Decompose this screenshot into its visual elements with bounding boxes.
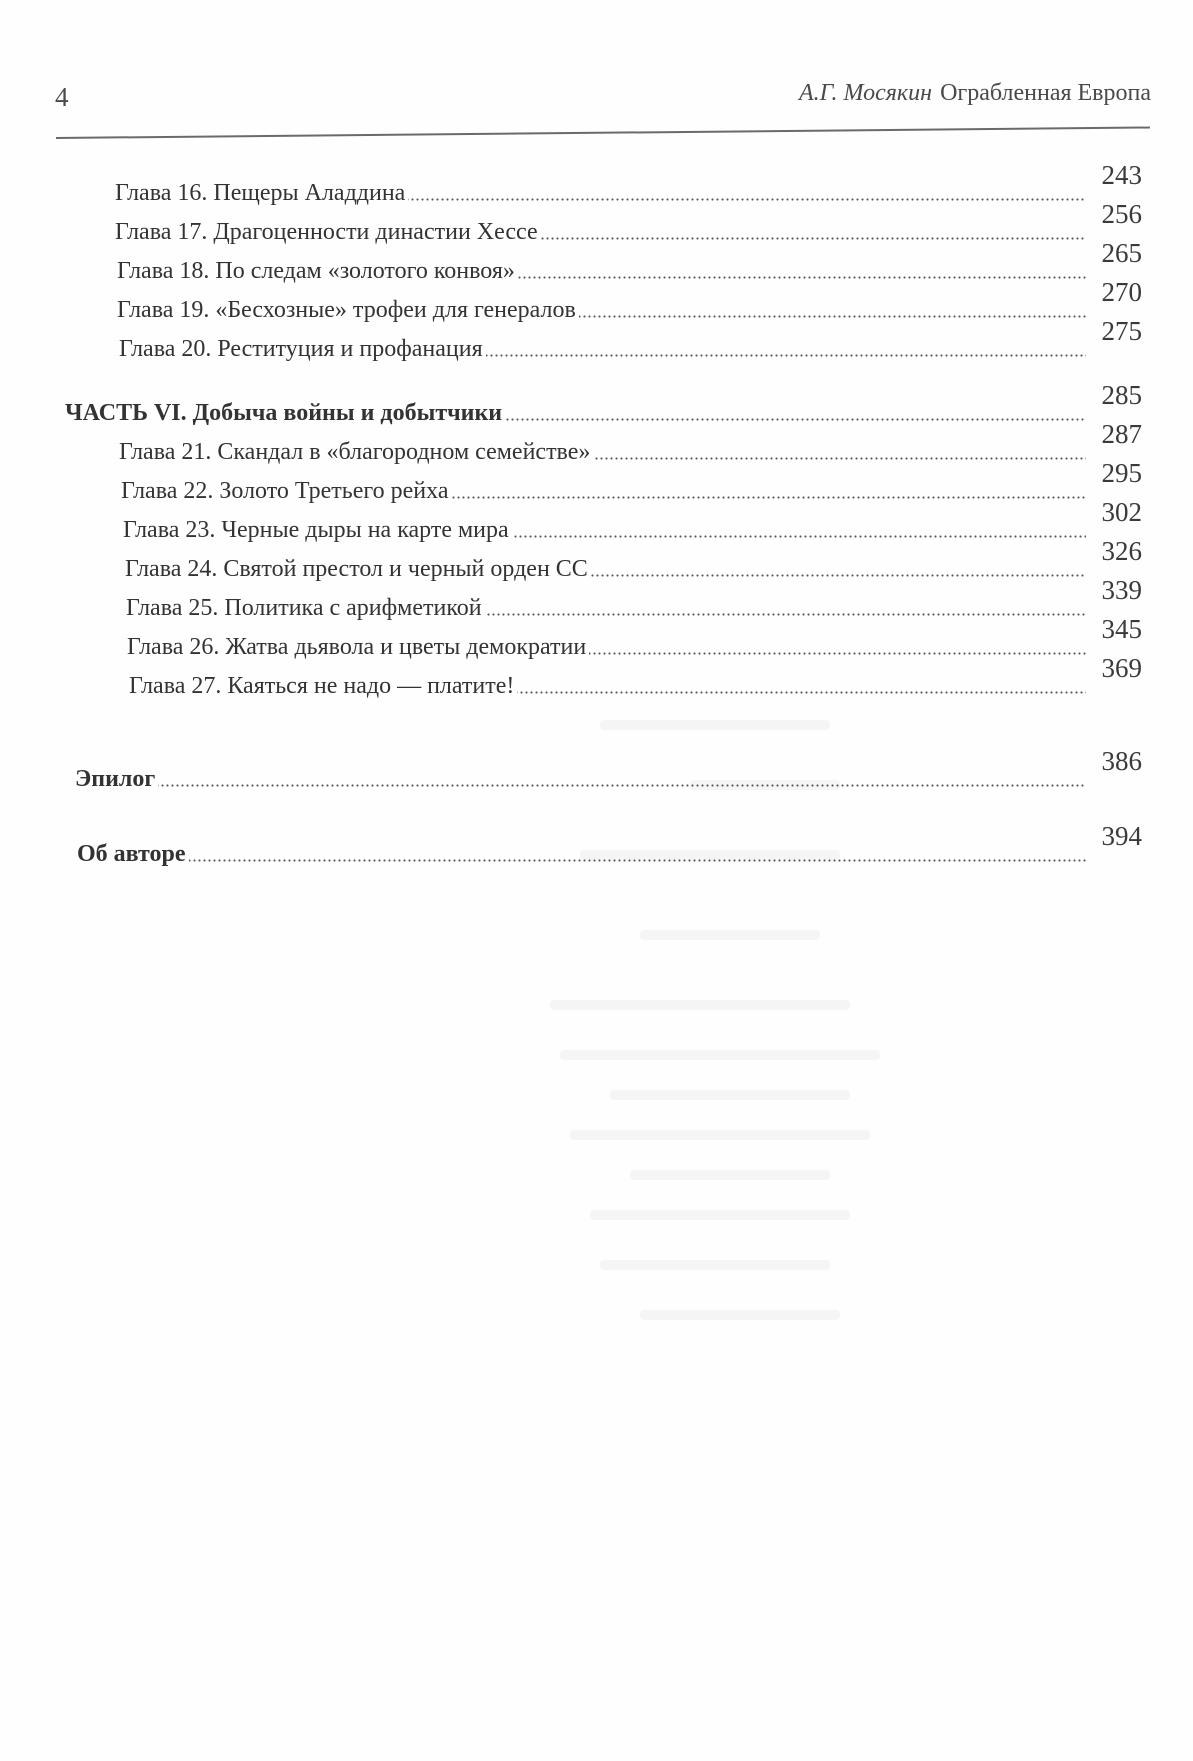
toc-dot-leader: [77, 859, 1086, 862]
table-of-contents: Глава 16. Пещеры Аладдина243Глава 17. Др…: [0, 0, 1193, 1761]
toc-chapter-entry: Глава 17. Драгоценности династии Хессе25…: [0, 206, 1193, 246]
toc-chapter-entry: Глава 18. По следам «золотого конвоя»265: [0, 245, 1193, 285]
toc-entry-page-number: 295: [1101, 458, 1143, 488]
toc-dot-leader: [75, 784, 1086, 787]
toc-entry-title: Глава 21. Скандал в «благородном семейст…: [119, 438, 593, 466]
toc-entry-page-number: 386: [1101, 746, 1143, 776]
toc-part-entry: ЧАСТЬ VI. Добыча войны и добытчики285: [0, 387, 1193, 427]
toc-entry-title: Глава 26. Жатва дьявола и цветы демократ…: [127, 633, 589, 661]
toc-chapter-entry: Глава 22. Золото Третьего рейха295: [0, 465, 1193, 505]
toc-chapter-entry: Глава 16. Пещеры Аладдина243: [0, 167, 1193, 207]
toc-entry-page-number: 265: [1101, 238, 1143, 268]
toc-entry-page-number: 285: [1101, 380, 1143, 410]
toc-entry-page-number: 326: [1101, 536, 1143, 566]
toc-entry-page-number: 394: [1101, 821, 1143, 851]
toc-chapter-entry: Глава 20. Реституция и профанация275: [0, 323, 1193, 363]
toc-entry-title: Глава 27. Каяться не надо — платите!: [129, 672, 517, 700]
toc-entry-title: Глава 17. Драгоценности династии Хессе: [115, 218, 541, 246]
toc-entry-title: Глава 19. «Бесхозные» трофеи для генерал…: [117, 296, 579, 324]
toc-chapter-entry: Глава 23. Черные дыры на карте мира302: [0, 504, 1193, 544]
toc-entry-page-number: 369: [1101, 653, 1143, 683]
toc-entry-page-number: 345: [1101, 614, 1143, 644]
toc-entry-title: Глава 18. По следам «золотого конвоя»: [117, 257, 518, 285]
toc-entry-page-number: 275: [1101, 316, 1143, 346]
toc-chapter-entry: Глава 27. Каяться не надо — платите!369: [0, 660, 1193, 700]
toc-entry-page-number: 256: [1101, 199, 1143, 229]
toc-entry-title: Об авторе: [77, 840, 189, 868]
toc-entry-page-number: 302: [1101, 497, 1143, 527]
toc-entry-title: Глава 22. Золото Третьего рейха: [121, 477, 451, 505]
toc-chapter-entry: Глава 26. Жатва дьявола и цветы демократ…: [0, 621, 1193, 661]
book-page: 4 А.Г. МосякинОграбленная Европа Глава 1…: [0, 0, 1193, 1761]
toc-chapter-entry: Глава 24. Святой престол и черный орден …: [0, 543, 1193, 583]
toc-section-entry: Эпилог386: [0, 753, 1193, 793]
toc-entry-title: Эпилог: [75, 765, 158, 793]
toc-section-entry: Об авторе394: [0, 828, 1193, 868]
toc-entry-title: Глава 23. Черные дыры на карте мира: [123, 516, 512, 544]
toc-entry-title: ЧАСТЬ VI. Добыча войны и добытчики: [65, 399, 505, 427]
toc-chapter-entry: Глава 25. Политика с арифметикой339: [0, 582, 1193, 622]
toc-entry-page-number: 339: [1101, 575, 1143, 605]
toc-entry-page-number: 287: [1101, 419, 1143, 449]
toc-chapter-entry: Глава 19. «Бесхозные» трофеи для генерал…: [0, 284, 1193, 324]
toc-entry-title: Глава 24. Святой престол и черный орден …: [125, 555, 591, 583]
toc-entry-title: Глава 20. Реституция и профанация: [119, 335, 486, 363]
toc-chapter-entry: Глава 21. Скандал в «благородном семейст…: [0, 426, 1193, 466]
toc-entry-title: Глава 16. Пещеры Аладдина: [115, 179, 408, 207]
toc-entry-page-number: 243: [1101, 160, 1143, 190]
toc-entry-title: Глава 25. Политика с арифметикой: [126, 594, 485, 622]
toc-entry-page-number: 270: [1101, 277, 1143, 307]
